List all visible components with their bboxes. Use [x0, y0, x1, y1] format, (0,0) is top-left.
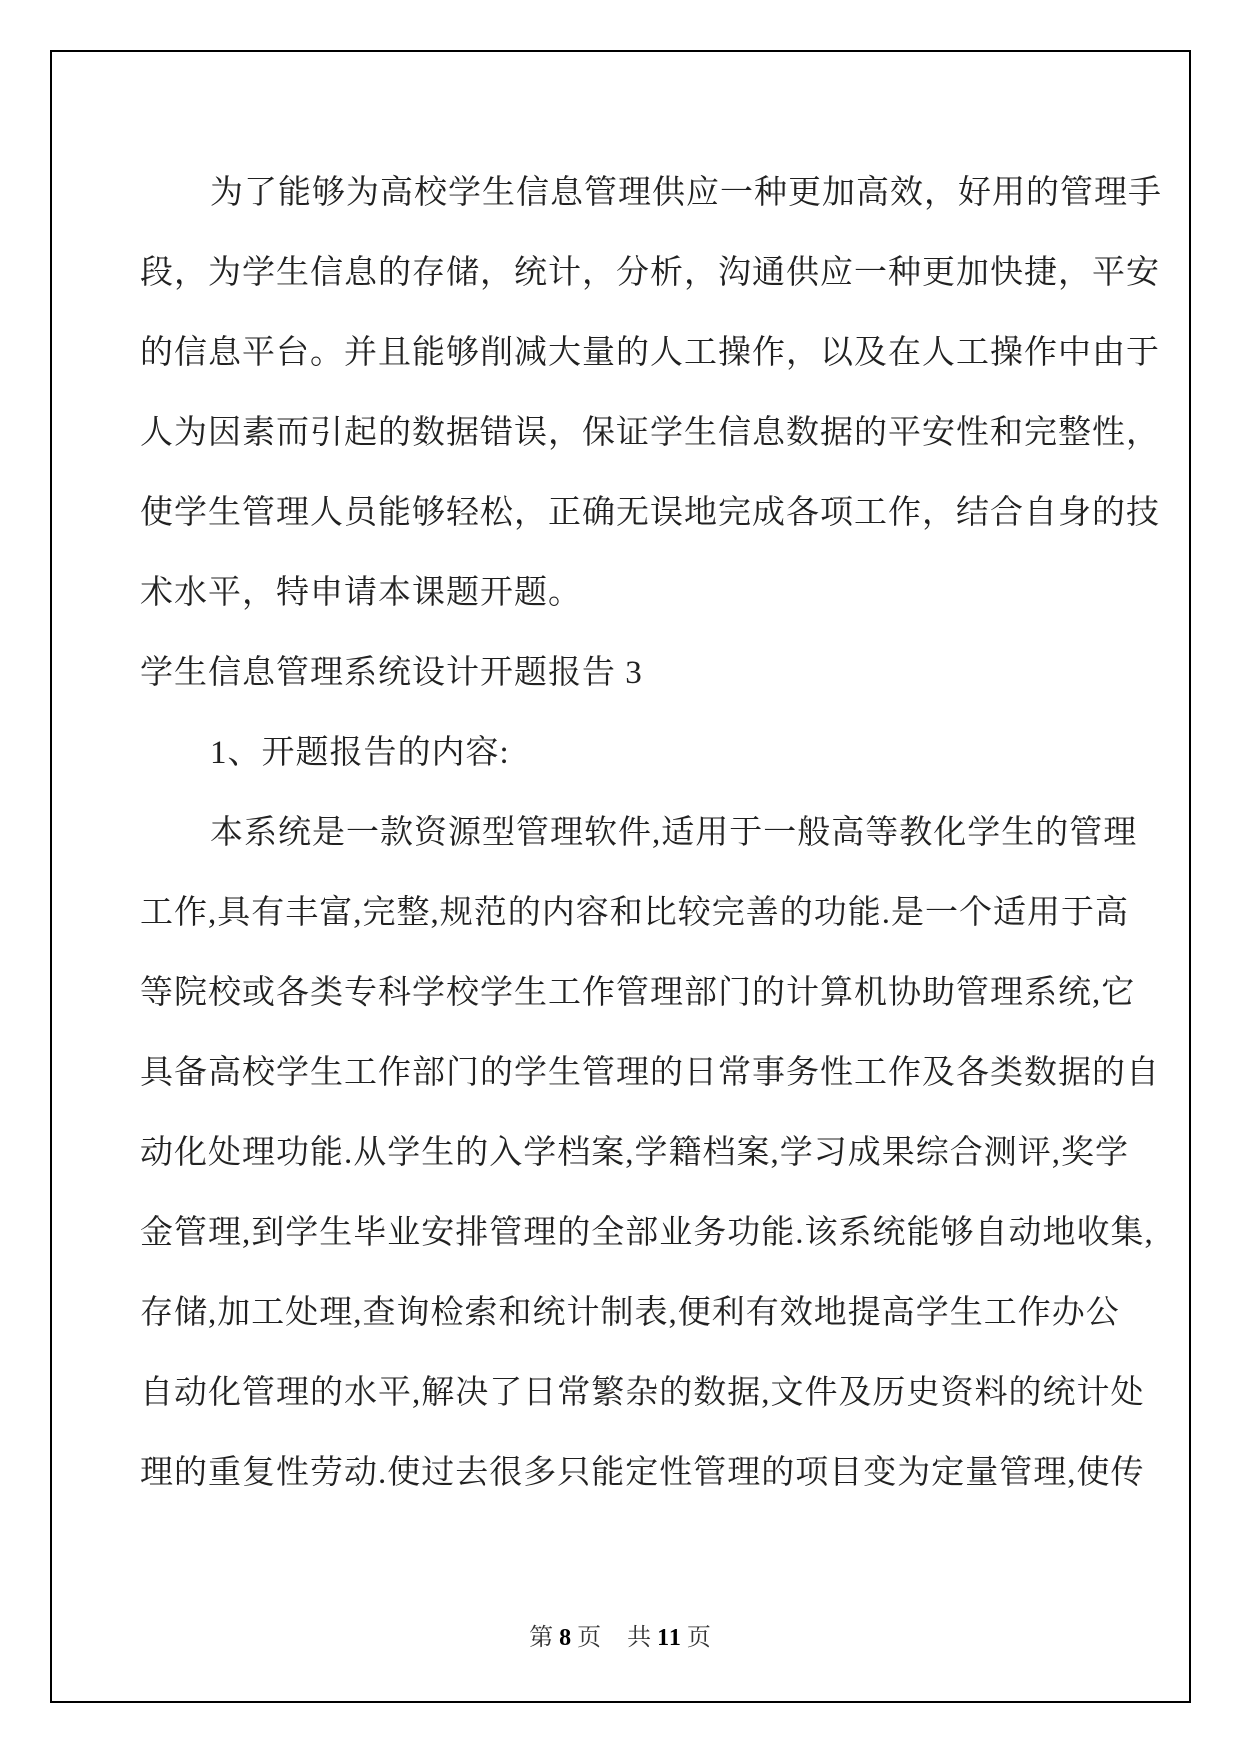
document-body: 为了能够为高校学生信息管理供应一种更加高效，好用的管理手 段，为学生信息的存储，… — [140, 153, 1170, 1513]
text-line: 具备高校学生工作部门的学生管理的日常事务性工作及各类数据的自 — [140, 1033, 1170, 1113]
text-line: 等院校或各类专科学校学生工作管理部门的计算机协助管理系统,它 — [140, 953, 1170, 1033]
text-line: 动化处理功能.从学生的入学档案,学籍档案,学习成果综合测评,奖学 — [140, 1113, 1170, 1193]
page-footer: 第8页 共11页 — [0, 1622, 1241, 1654]
text-line: 人为因素而引起的数据错误，保证学生信息数据的平安性和完整性， — [140, 393, 1170, 473]
total-pages-number: 11 — [657, 1625, 682, 1651]
text-line: 术水平，特申请本课题开题。 — [140, 553, 1170, 633]
section-heading: 学生信息管理系统设计开题报告 3 — [140, 633, 1170, 713]
footer-label-prefix: 第 — [529, 1625, 554, 1651]
text-line: 的信息平台。并且能够削减大量的人工操作，以及在人工操作中由于 — [140, 313, 1170, 393]
footer-label-middle: 页 共 — [577, 1625, 652, 1651]
text-line: 为了能够为高校学生信息管理供应一种更加高效，好用的管理手 — [140, 153, 1170, 233]
numbered-subheading: 1、开题报告的内容: — [140, 713, 1170, 793]
text-line: 本系统是一款资源型管理软件,适用于一般高等教化学生的管理 — [140, 793, 1170, 873]
current-page-number: 8 — [559, 1625, 572, 1651]
text-line: 存储,加工处理,查询检索和统计制表,便利有效地提高学生工作办公 — [140, 1273, 1170, 1353]
text-line: 使学生管理人员能够轻松，正确无误地完成各项工作，结合自身的技 — [140, 473, 1170, 553]
text-line: 自动化管理的水平,解决了日常繁杂的数据,文件及历史资料的统计处 — [140, 1353, 1170, 1433]
footer-label-suffix: 页 — [687, 1625, 712, 1651]
text-line: 金管理,到学生毕业安排管理的全部业务功能.该系统能够自动地收集, — [140, 1193, 1170, 1273]
text-line: 工作,具有丰富,完整,规范的内容和比较完善的功能.是一个适用于高 — [140, 873, 1170, 953]
text-line: 理的重复性劳动.使过去很多只能定性管理的项目变为定量管理,使传 — [140, 1433, 1170, 1513]
text-line: 段，为学生信息的存储，统计，分析，沟通供应一种更加快捷，平安 — [140, 233, 1170, 313]
